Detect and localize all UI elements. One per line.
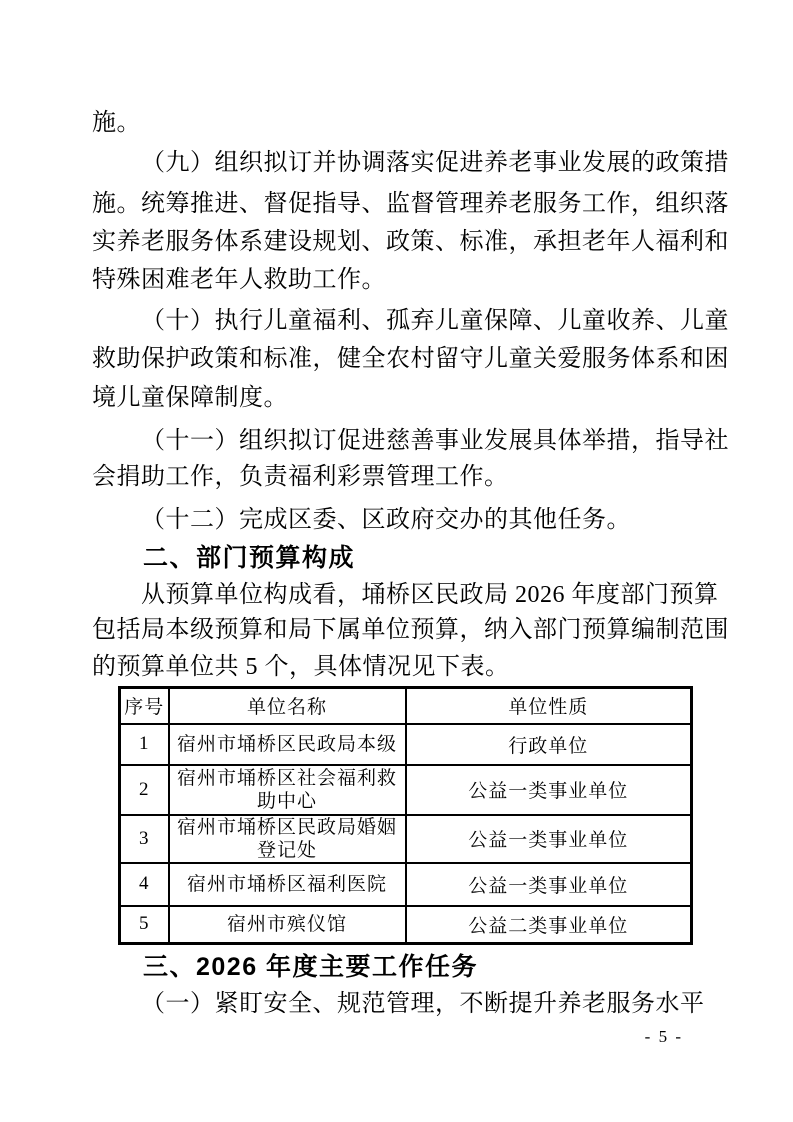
table-header-unit-name: 单位名称 xyxy=(169,688,406,724)
body-line: （十）执行儿童福利、孤弃儿童保障、儿童收养、儿童 xyxy=(92,304,771,338)
table-row: 3 宿州市埇桥区民政局婚姻 登记处 公益一类事业单位 xyxy=(120,815,692,863)
body-line: 从预算单位构成看，埇桥区民政局 2026 年度部门预算 xyxy=(92,578,771,612)
body-line: 救助保护政策和标准，健全农村留守儿童关爱服务体系和困 xyxy=(92,342,722,376)
table-header-row: 序号 单位名称 单位性质 xyxy=(120,688,692,724)
page-number: - 5 - xyxy=(645,1027,683,1047)
document-page: 施。 （九）组织拟订并协调落实促进养老事业发展的政策措 施。统筹推进、督促指导、… xyxy=(0,0,793,1122)
unit-name: 宿州市埇桥区民政局本级 xyxy=(169,724,406,765)
body-line: 包括局本级预算和局下属单位预算，纳入部门预算编制范围 xyxy=(92,613,722,647)
body-line: （十二）完成区委、区政府交办的其他任务。 xyxy=(92,503,771,537)
table-header-index: 序号 xyxy=(120,688,169,724)
body-line: （十一）组织拟订促进慈善事业发展具体举措，指导社 xyxy=(92,424,771,458)
section-heading-main-tasks: 三、2026 年度主要工作任务 xyxy=(92,951,773,983)
table-header-unit-nature: 单位性质 xyxy=(406,688,692,724)
body-line: 施。统筹推进、督促指导、监督管理养老服务工作，组织落 xyxy=(92,187,722,221)
body-line: 的预算单位共 5 个，具体情况见下表。 xyxy=(92,650,722,684)
unit-name: 宿州市埇桥区社会福利救 助中心 xyxy=(169,765,406,815)
body-line: （九）组织拟订并协调落实促进养老事业发展的政策措 xyxy=(92,146,771,180)
body-line: 境儿童保障制度。 xyxy=(92,381,722,415)
unit-name: 宿州市殡仪馆 xyxy=(169,906,406,944)
row-index: 1 xyxy=(120,724,169,765)
unit-nature: 公益一类事业单位 xyxy=(406,863,692,906)
row-index: 4 xyxy=(120,863,169,906)
row-index: 5 xyxy=(120,906,169,944)
body-line: （一）紧盯安全、规范管理，不断提升养老服务水平 xyxy=(92,987,771,1021)
section-heading-budget-composition: 二、部门预算构成 xyxy=(92,542,773,574)
table-row: 1 宿州市埇桥区民政局本级 行政单位 xyxy=(120,724,692,765)
unit-name: 宿州市埇桥区民政局婚姻 登记处 xyxy=(169,815,406,863)
row-index: 3 xyxy=(120,815,169,863)
unit-nature: 公益一类事业单位 xyxy=(406,765,692,815)
table-row: 2 宿州市埇桥区社会福利救 助中心 公益一类事业单位 xyxy=(120,765,692,815)
budget-units-table: 序号 单位名称 单位性质 1 宿州市埇桥区民政局本级 行政单位 2 宿州市埇桥区… xyxy=(118,686,693,945)
table-row: 4 宿州市埇桥区福利医院 公益一类事业单位 xyxy=(120,863,692,906)
table-row: 5 宿州市殡仪馆 公益二类事业单位 xyxy=(120,906,692,944)
body-line: 施。 xyxy=(92,106,722,140)
unit-nature: 公益二类事业单位 xyxy=(406,906,692,944)
body-line: 会捐助工作，负责福利彩票管理工作。 xyxy=(92,460,722,494)
unit-nature: 公益一类事业单位 xyxy=(406,815,692,863)
body-line: 特殊困难老年人救助工作。 xyxy=(92,263,722,297)
row-index: 2 xyxy=(120,765,169,815)
body-line: 实养老服务体系建设规划、政策、标准，承担老年人福利和 xyxy=(92,225,722,259)
unit-nature: 行政单位 xyxy=(406,724,692,765)
unit-name: 宿州市埇桥区福利医院 xyxy=(169,863,406,906)
